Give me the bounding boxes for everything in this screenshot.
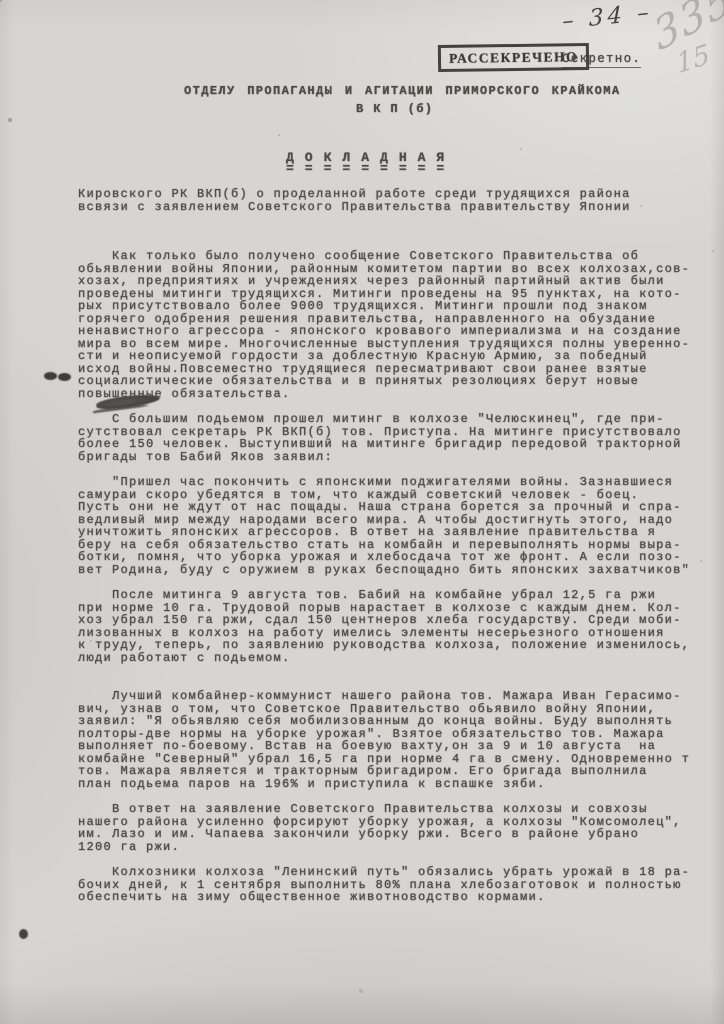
- document-line: план подьема паров на 196% и приступила …: [78, 778, 724, 791]
- document-line: сти и неописуемой гордости за доблестную…: [78, 350, 724, 363]
- document-line: Колхозники колхоза "Ленинский путь" обяз…: [78, 866, 724, 879]
- document-line: люди работают с подьемом.: [78, 652, 724, 665]
- paragraph: После митинга 9 августа тов. Бабий на ко…: [78, 589, 724, 664]
- document-line: Пусть они не ждут от нас пощады. Наша ст…: [78, 501, 724, 514]
- paper-stain-dot: [19, 929, 28, 939]
- document-line: повышенные обязательства.: [78, 388, 724, 401]
- document-line: всвязи с заявлением Советского Правитель…: [78, 201, 724, 214]
- document-line: социалистические обязательства и в приня…: [78, 375, 724, 388]
- ink-blot: [44, 372, 57, 380]
- paragraph: В ответ на заявление Советского Правител…: [78, 803, 724, 853]
- scanned-document-page: – 34 – 335 15 РАССЕКРЕЧЕНО Секретно. ОТД…: [0, 0, 724, 1024]
- paragraph: "Пришел час покончить с японскими поджиг…: [78, 476, 724, 576]
- document-title-underline: = = = = = = = = =: [286, 161, 446, 176]
- document-line: вет Родина, буду с оружием в руках беспо…: [78, 564, 724, 577]
- document-line: Кировского РК ВКП(б) о проделанной работ…: [78, 188, 724, 201]
- document-line: ботки, помня, что уборка урожая и хлебос…: [78, 551, 724, 564]
- document-line: После митинга 9 августа тов. Бабий на ко…: [78, 589, 724, 602]
- paragraph: Лучший комбайнер-коммунист нашего района…: [78, 690, 724, 790]
- document-line: хоз убрал 150 га ржи, сдал 150 центнеров…: [78, 614, 724, 627]
- document-line: бригады тов Бабий Яков заявил:: [78, 451, 724, 464]
- recipient-line-2: В К П (б): [356, 102, 433, 116]
- document-line: 1200 га ржи.: [78, 841, 724, 854]
- paragraph: С большим подьемом прошел митинг в колхо…: [78, 413, 724, 463]
- document-line: Лучший комбайнер-коммунист нашего района…: [78, 690, 724, 703]
- document-line: им. Лазо и им. Чапаева закончили уборку …: [78, 828, 724, 841]
- paragraph: Колхозники колхоза "Ленинский путь" обяз…: [78, 866, 724, 904]
- classification-label: Секретно.: [562, 52, 641, 68]
- document-line: заявил: "Я обьявляю себя мобилизованным …: [78, 715, 724, 728]
- document-line: выполняет по-боевому. Встав на боевую ва…: [78, 740, 724, 753]
- document-line: Как только было получено сообщение Совет…: [78, 250, 724, 263]
- document-line: к труду, теперь, по заявлению руководств…: [78, 639, 724, 652]
- document-line: более 150 человек. Выступивший на митинг…: [78, 438, 724, 451]
- paragraph: Как только было получено сообщение Совет…: [78, 250, 724, 400]
- document-line: ненавистного агрессора - японского крова…: [78, 325, 724, 338]
- document-line: уничтожить японских агрессоров. В ответ …: [78, 526, 724, 539]
- document-line: обеспечить на зиму общественное животнов…: [78, 891, 724, 904]
- document-line: С большим подьемом прошел митинг в колхо…: [78, 413, 724, 426]
- document-subtitle: Кировского РК ВКП(б) о проделанной работ…: [78, 188, 724, 213]
- handwritten-page-number: – 34 –: [562, 0, 652, 35]
- document-line: хозах, предприятиях и учреждениях через …: [78, 275, 724, 288]
- document-body: Кировского РК ВКП(б) о проделанной работ…: [78, 188, 724, 917]
- document-line: "Пришел час покончить с японскими поджиг…: [78, 476, 724, 489]
- paper-specks: [0, 0, 2, 2]
- recipient-line-1: ОТДЕЛУ ПРОПАГАНДЫ И АГИТАЦИИ ПРИМОРСКОГО…: [184, 84, 620, 98]
- document-line: В ответ на заявление Советского Правител…: [78, 803, 724, 816]
- document-line: тов. Мажара является и тракторным бригад…: [78, 765, 724, 778]
- document-line: рых присутствовало более 9000 трудящихся…: [78, 300, 724, 313]
